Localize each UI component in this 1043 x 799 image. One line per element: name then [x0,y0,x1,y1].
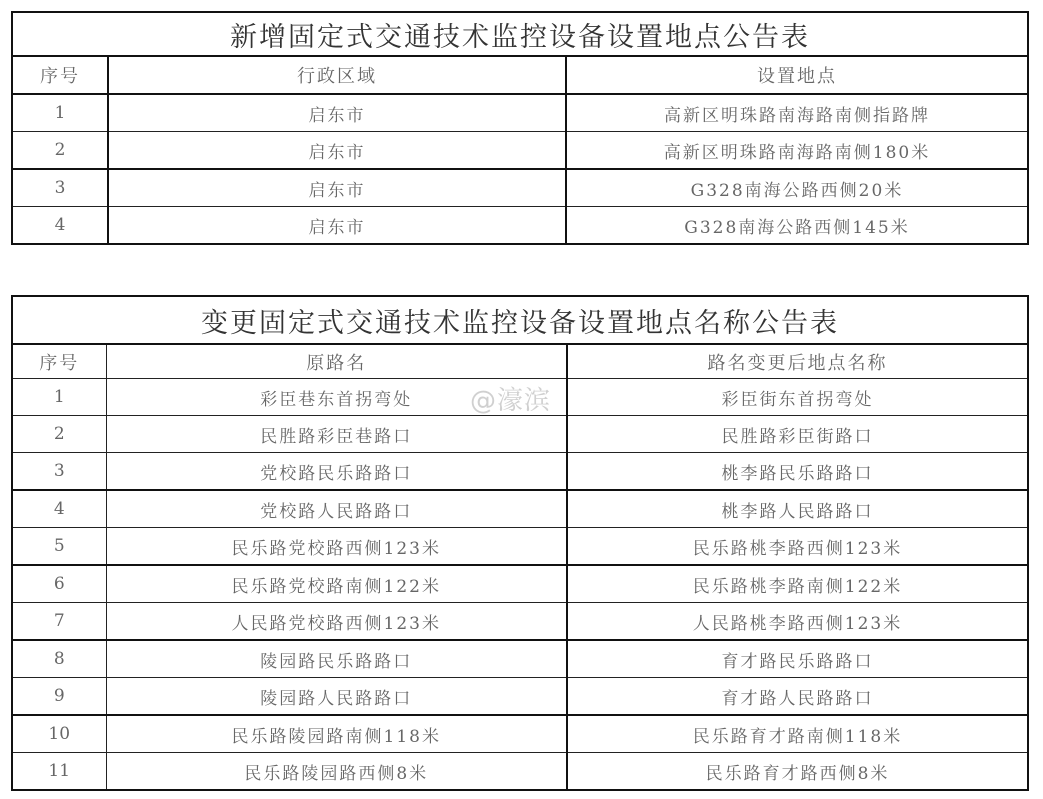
table-row: 1 彩臣巷东首拐弯处 彩臣街东首拐弯处 [12,379,1028,416]
new-devices-table: 新增固定式交通技术监控设备设置地点公告表 序号 行政区域 设置地点 1 启东市 … [11,11,1029,245]
table-row: 5 民乐路党校路西侧123米 民乐路桃李路西侧123米 [12,528,1028,566]
table-row: 2 民胜路彩臣巷路口 民胜路彩臣街路口 [12,416,1028,453]
row-location: G328南海公路西侧145米 [566,207,1028,245]
row-index: 3 [12,169,108,207]
row-location: G328南海公路西侧20米 [566,169,1028,207]
table-row: 4 党校路人民路路口 桃李路人民路路口 [12,490,1028,528]
row-new-name: 育才路人民路路口 [567,678,1028,716]
row-new-name: 彩臣街东首拐弯处 [567,379,1028,416]
row-new-name: 育才路民乐路路口 [567,640,1028,678]
row-index: 3 [12,453,106,491]
row-old-name: 民乐路党校路南侧122米 [106,565,567,603]
table-row: 7 人民路党校路西侧123米 人民路桃李路西侧123米 [12,603,1028,641]
table2-title: 变更固定式交通技术监控设备设置地点名称公告表 [12,296,1028,344]
row-new-name: 民乐路桃李路南侧122米 [567,565,1028,603]
table2-header-row: 序号 原路名 路名变更后地点名称 [12,344,1028,379]
table-row: 8 陵园路民乐路路口 育才路民乐路路口 [12,640,1028,678]
table-row: 3 启东市 G328南海公路西侧20米 [12,169,1028,207]
row-index: 11 [12,753,106,791]
row-region: 启东市 [108,207,566,245]
row-index: 7 [12,603,106,641]
row-index: 4 [12,490,106,528]
row-old-name: 民乐路党校路西侧123米 [106,528,567,566]
row-region: 启东市 [108,132,566,170]
header-index: 序号 [12,56,108,94]
table-row: 3 党校路民乐路路口 桃李路民乐路路口 [12,453,1028,491]
row-old-name: 陵园路人民路路口 [106,678,567,716]
row-index: 4 [12,207,108,245]
row-region: 启东市 [108,94,566,132]
row-index: 6 [12,565,106,603]
table-row: 6 民乐路党校路南侧122米 民乐路桃李路南侧122米 [12,565,1028,603]
header-region: 行政区域 [108,56,566,94]
row-location: 高新区明珠路南海路南侧指路牌 [566,94,1028,132]
row-old-name: 党校路民乐路路口 [106,453,567,491]
renamed-locations-table: 变更固定式交通技术监控设备设置地点名称公告表 序号 原路名 路名变更后地点名称 … [11,295,1029,791]
row-old-name: 陵园路民乐路路口 [106,640,567,678]
row-index: 1 [12,379,106,416]
row-new-name: 民乐路育才路南侧118米 [567,715,1028,753]
row-new-name: 桃李路人民路路口 [567,490,1028,528]
row-old-name: 彩臣巷东首拐弯处 [106,379,567,416]
row-new-name: 民乐路育才路西侧8米 [567,753,1028,791]
row-new-name: 民胜路彩臣街路口 [567,416,1028,453]
row-region: 启东市 [108,169,566,207]
header-index: 序号 [12,344,106,379]
row-index: 8 [12,640,106,678]
table-row: 1 启东市 高新区明珠路南海路南侧指路牌 [12,94,1028,132]
row-new-name: 民乐路桃李路西侧123米 [567,528,1028,566]
header-old-name: 原路名 [106,344,567,379]
table-row: 4 启东市 G328南海公路西侧145米 [12,207,1028,245]
row-old-name: 党校路人民路路口 [106,490,567,528]
row-old-name: 人民路党校路西侧123米 [106,603,567,641]
table1-header-row: 序号 行政区域 设置地点 [12,56,1028,94]
table1-title: 新增固定式交通技术监控设备设置地点公告表 [12,12,1028,56]
header-location: 设置地点 [566,56,1028,94]
row-new-name: 人民路桃李路西侧123米 [567,603,1028,641]
row-index: 10 [12,715,106,753]
row-location: 高新区明珠路南海路南侧180米 [566,132,1028,170]
table-row: 11 民乐路陵园路西侧8米 民乐路育才路西侧8米 [12,753,1028,791]
table-row: 2 启东市 高新区明珠路南海路南侧180米 [12,132,1028,170]
header-new-name: 路名变更后地点名称 [567,344,1028,379]
row-index: 2 [12,416,106,453]
row-old-name: 民乐路陵园路南侧118米 [106,715,567,753]
row-new-name: 桃李路民乐路路口 [567,453,1028,491]
row-index: 5 [12,528,106,566]
row-old-name: 民胜路彩臣巷路口 [106,416,567,453]
row-index: 1 [12,94,108,132]
table-row: 9 陵园路人民路路口 育才路人民路路口 [12,678,1028,716]
row-index: 9 [12,678,106,716]
table-row: 10 民乐路陵园路南侧118米 民乐路育才路南侧118米 [12,715,1028,753]
row-old-name: 民乐路陵园路西侧8米 [106,753,567,791]
row-index: 2 [12,132,108,170]
